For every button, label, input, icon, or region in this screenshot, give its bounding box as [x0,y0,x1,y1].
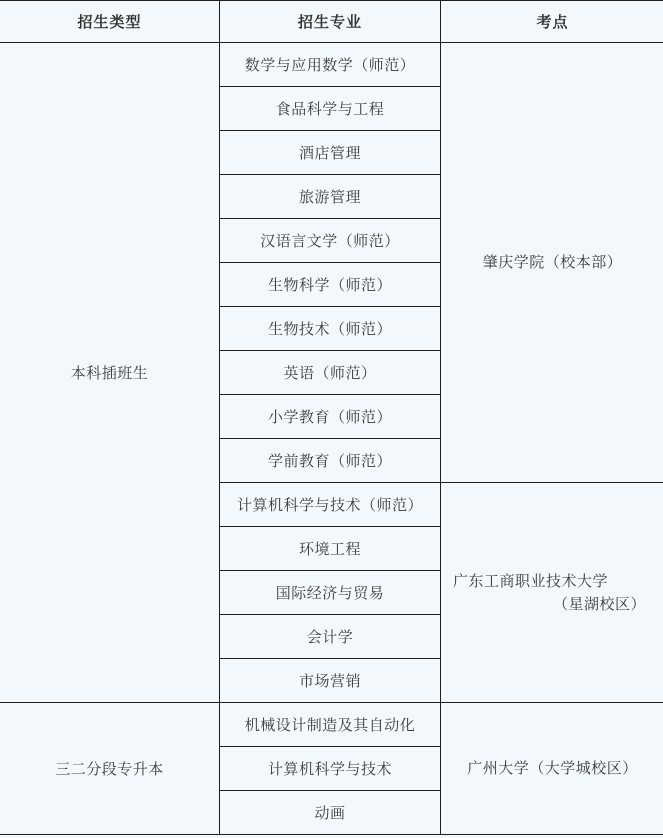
major-cell: 计算机科学与技术（师范） [220,483,441,527]
site-name: 广州大学（大学城校区） [441,757,663,780]
table-row: 本科插班生 数学与应用数学（师范） 肇庆学院（校本部） [0,43,663,87]
type-cell-benke: 本科插班生 [0,43,220,703]
major-cell: 会计学 [220,615,441,659]
site-cell-gongshang: 广东工商职业技术大学 （星湖校区） [441,483,663,703]
admission-table: 招生类型 招生专业 考点 本科插班生 数学与应用数学（师范） 肇庆学院（校本部）… [0,0,663,835]
header-enrollment-major: 招生专业 [220,1,441,43]
site-name: 广东工商职业技术大学 [453,570,663,593]
major-cell: 汉语言文学（师范） [220,219,441,263]
site-cell-guangzhou: 广州大学（大学城校区） [441,703,663,835]
major-cell: 旅游管理 [220,175,441,219]
type-cell-sanerfenduan: 三二分段专升本 [0,703,220,835]
major-cell: 机械设计制造及其自动化 [220,703,441,747]
header-exam-site: 考点 [441,1,663,43]
major-cell: 英语（师范） [220,351,441,395]
major-cell: 国际经济与贸易 [220,571,441,615]
major-cell: 环境工程 [220,527,441,571]
major-cell: 动画 [220,791,441,835]
major-cell: 学前教育（师范） [220,439,441,483]
major-cell: 酒店管理 [220,131,441,175]
major-cell: 生物科学（师范） [220,263,441,307]
major-cell: 计算机科学与技术 [220,747,441,791]
site-campus: （星湖校区） [453,593,663,616]
major-cell: 小学教育（师范） [220,395,441,439]
major-cell: 生物技术（师范） [220,307,441,351]
site-name: 肇庆学院（校本部） [441,251,663,274]
major-cell: 市场营销 [220,659,441,703]
header-enrollment-type: 招生类型 [0,1,220,43]
major-cell: 食品科学与工程 [220,87,441,131]
major-cell: 数学与应用数学（师范） [220,43,441,87]
header-row: 招生类型 招生专业 考点 [0,1,663,43]
table-row: 三二分段专升本 机械设计制造及其自动化 广州大学（大学城校区） [0,703,663,747]
site-cell-zhaoqing: 肇庆学院（校本部） [441,43,663,483]
